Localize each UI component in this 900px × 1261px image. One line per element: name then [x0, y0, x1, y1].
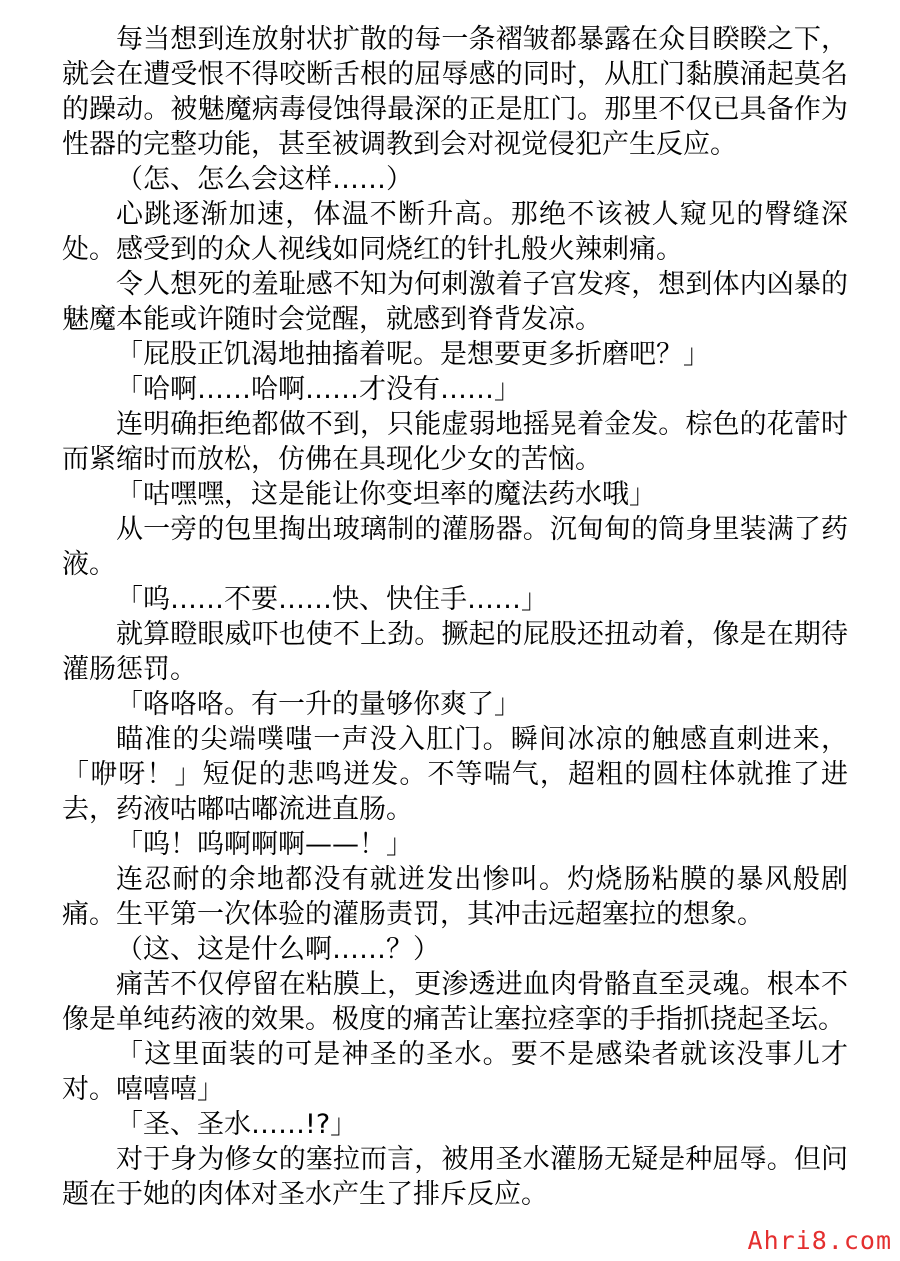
paragraph-17: 痛苦不仅停留在粘膜上，更渗透进血肉骨骼直至灵魂。根本不像是单纯药液的效果。极度的… [62, 967, 848, 1037]
paragraph-7: 连明确拒绝都做不到，只能虚弱地摇晃着金发。棕色的花蕾时而紧缩时而放松，仿佛在具现… [62, 407, 848, 477]
body-text: 每当想到连放射状扩散的每一条褶皱都暴露在众目睽睽之下，就会在遭受恨不得咬断舌根的… [62, 22, 848, 1212]
paragraph-6: 「哈啊……哈啊……才没有……」 [62, 372, 848, 407]
paragraph-9: 从一旁的包里掏出玻璃制的灌肠器。沉甸甸的筒身里装满了药液。 [62, 512, 848, 582]
paragraph-15: 连忍耐的余地都没有就迸发出惨叫。灼烧肠粘膜的暴风般剧痛。生平第一次体验的灌肠责罚… [62, 862, 848, 932]
paragraph-14: 「呜！呜啊啊啊——！」 [62, 827, 848, 862]
paragraph-16: （这、这是什么啊……？） [62, 932, 848, 967]
paragraph-18: 「这里面装的可是神圣的圣水。要不是感染者就该没事儿才对。嘻嘻嘻」 [62, 1037, 848, 1107]
paragraph-10: 「呜……不要……快、快住手……」 [62, 582, 848, 617]
paragraph-3: 心跳逐渐加速，体温不断升高。那绝不该被人窥见的臀缝深处。感受到的众人视线如同烧红… [62, 197, 848, 267]
paragraph-1: 每当想到连放射状扩散的每一条褶皱都暴露在众目睽睽之下，就会在遭受恨不得咬断舌根的… [62, 22, 848, 162]
paragraph-20: 对于身为修女的塞拉而言，被用圣水灌肠无疑是种屈辱。但问题在于她的肉体对圣水产生了… [62, 1142, 848, 1212]
paragraph-19: 「圣、圣水……!?」 [62, 1107, 848, 1142]
paragraph-11: 就算瞪眼威吓也使不上劲。撅起的屁股还扭动着，像是在期待灌肠惩罚。 [62, 617, 848, 687]
paragraph-13: 瞄准的尖端噗嗤一声没入肛门。瞬间冰凉的触感直刺进来，「咿呀！」短促的悲鸣迸发。不… [62, 722, 848, 827]
paragraph-5: 「屁股正饥渴地抽搐着呢。是想要更多折磨吧？」 [62, 337, 848, 372]
paragraph-12: 「咯咯咯。有一升的量够你爽了」 [62, 687, 848, 722]
watermark-text: Ahri8.com [748, 1226, 892, 1255]
document-page: 每当想到连放射状扩散的每一条褶皱都暴露在众目睽睽之下，就会在遭受恨不得咬断舌根的… [0, 0, 900, 1261]
paragraph-4: 令人想死的羞耻感不知为何刺激着子宫发疼，想到体内凶暴的魅魔本能或许随时会觉醒，就… [62, 267, 848, 337]
paragraph-8: 「咕嘿嘿，这是能让你变坦率的魔法药水哦」 [62, 477, 848, 512]
paragraph-2: （怎、怎么会这样……） [62, 162, 848, 197]
